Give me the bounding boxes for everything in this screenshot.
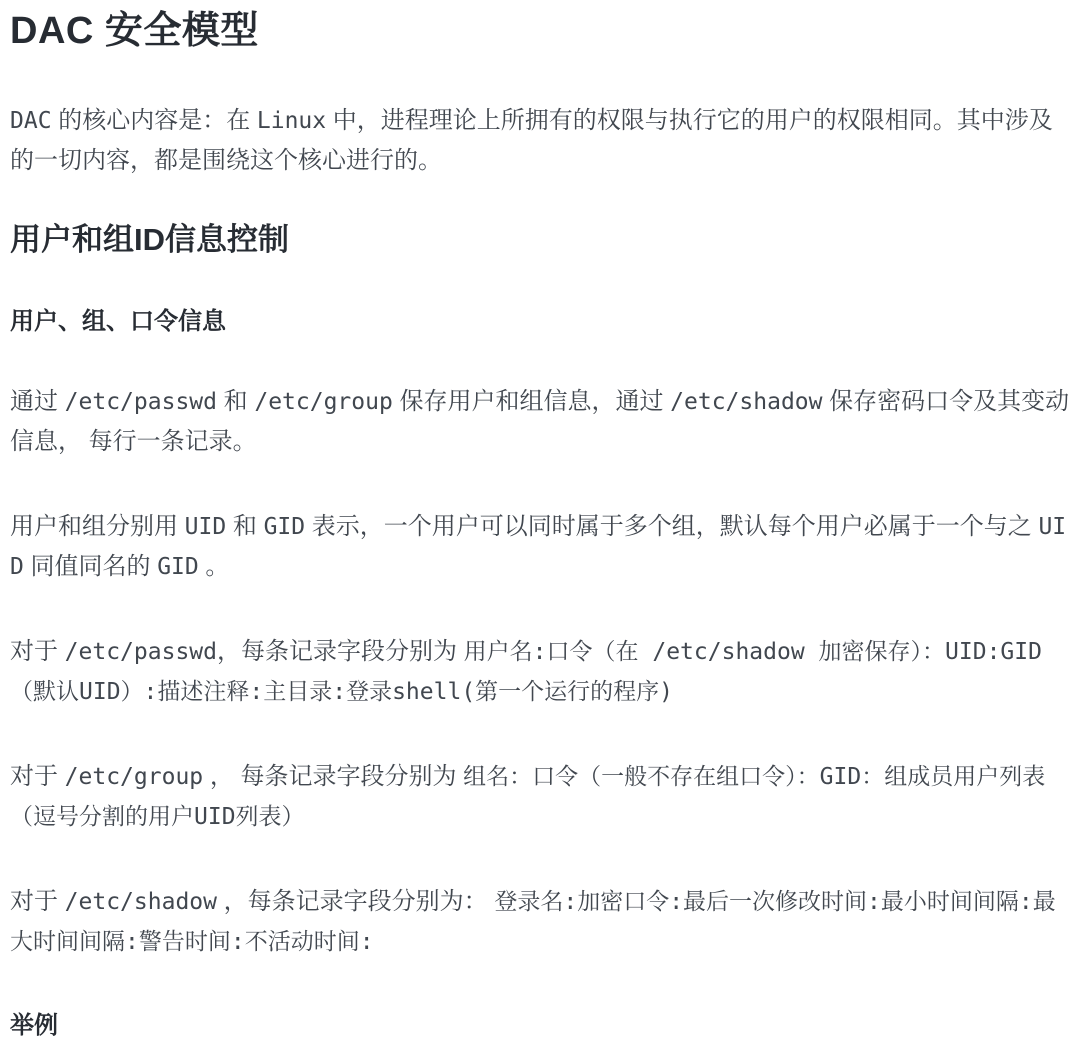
text-segment: ，每条记录字段分别为 [217,638,464,665]
text-segment: ，每条记录字段分别为： [217,888,494,915]
inline-code-segment: GID [264,514,306,540]
text-segment: 通过 [10,388,65,415]
inline-code-segment: GID [157,554,199,580]
text-segment: 用户和组分别用 [10,513,185,540]
paragraph-config-files: 通过 /etc/passwd 和 /etc/group 保存用户和组信息，通过 … [10,382,1070,462]
text-segment: 的核心内容是：在 [52,107,257,134]
page-title: DAC 安全模型 [10,8,1070,56]
inline-code-segment: /etc/group [254,389,392,415]
inline-code-segment: /etc/shadow [65,889,217,915]
text-segment: 同值同名的 [24,553,157,580]
subsection-heading-user-group-password: 用户、组、口令信息 [10,307,1070,337]
text-segment: ， 每条记录字段分别为 [203,763,463,790]
text-segment: 表示，一个用户可以同时属于多个组，默认每个用户必属于一个与之 [305,513,1038,540]
section-heading-user-group-id-control: 用户和组ID信息控制 [10,221,1070,258]
subsection-heading-example: 举例 [10,1011,1070,1041]
article-page: DAC 安全模型 DAC 的核心内容是：在 Linux 中，进程理论上所拥有的权… [0,0,1080,1048]
text-segment: 对于 [10,763,65,790]
paragraph-group-fields: 对于 /etc/group ， 每条记录字段分别为 组名：口令（一般不存在组口令… [10,757,1070,837]
text-segment: 。 [199,553,230,580]
inline-code-segment: /etc/passwd [65,639,217,665]
text-segment: 和 [226,513,263,540]
paragraph-shadow-fields: 对于 /etc/shadow ，每条记录字段分别为： 登录名:加密口令:最后一次… [10,882,1070,962]
paragraph-passwd-fields: 对于 /etc/passwd，每条记录字段分别为 用户名:口令（在 /etc/s… [10,632,1070,712]
inline-code-segment: /etc/shadow [670,389,822,415]
inline-code-segment: Linux [257,108,326,134]
inline-code-segment: DAC [10,108,52,134]
text-segment: 保存用户和组信息，通过 [393,388,670,415]
text-segment: 对于 [10,888,65,915]
inline-code-segment: /etc/passwd [65,389,217,415]
text-segment: 和 [217,388,254,415]
inline-code-segment: /etc/group [65,764,203,790]
paragraph-dac-core: DAC 的核心内容是：在 Linux 中，进程理论上所拥有的权限与执行它的用户的… [10,101,1070,181]
text-segment: 对于 [10,638,65,665]
paragraph-uid-gid: 用户和组分别用 UID 和 GID 表示，一个用户可以同时属于多个组，默认每个用… [10,507,1070,587]
inline-code-segment: UID [185,514,227,540]
